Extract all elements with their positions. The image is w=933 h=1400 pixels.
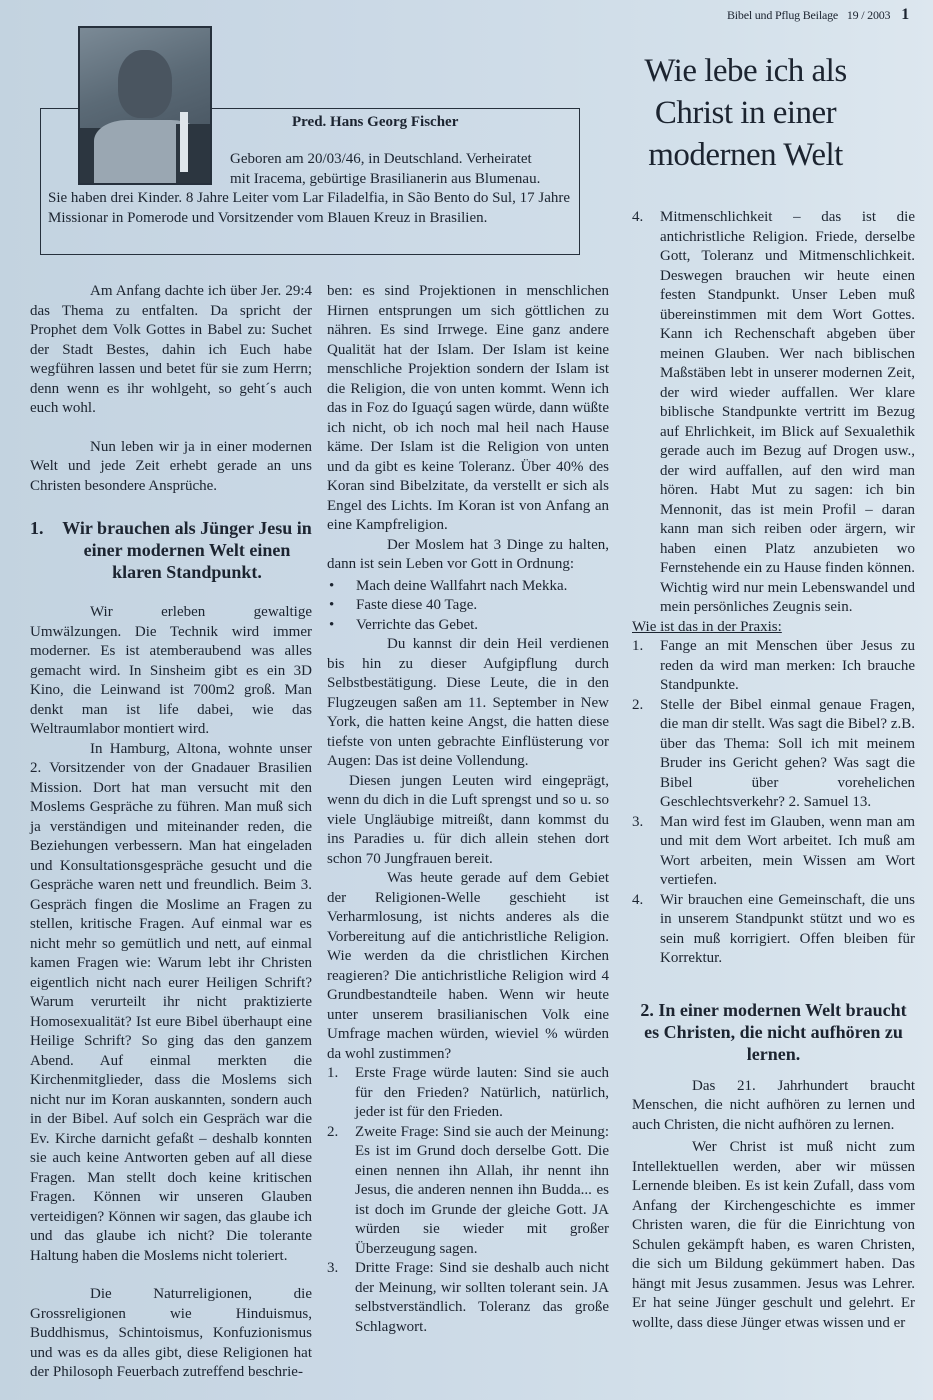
title-line: Christ in einer [655,95,836,131]
item-number: 1. [327,1064,338,1084]
bullet-item: Mach deine Wallfahrt nach Mekka. [327,577,609,597]
list-item: 2.Stelle der Bibel einmal genaue Fragen,… [632,696,915,813]
item-text: Stelle der Bibel einmal genaue Fragen, d… [660,697,915,811]
column-1: Am Anfang dachte ich über Jer. 29:4 das … [30,282,312,1383]
publication-name: Bibel und Pflug Beilage [727,8,838,22]
subheading-practice: Wie ist das in der Praxis: [632,618,915,638]
item-number: 3. [327,1259,338,1279]
column-2: ben: es sind Projektionen in menschliche… [327,282,609,1337]
bullet-item: Faste diese 40 Tage. [327,596,609,616]
bullet-list: Mach deine Wallfahrt nach Mekka. Faste d… [327,577,609,636]
section-heading-2: 2. In einer modernen Welt braucht es Chr… [632,999,915,1065]
bio-line: Sie haben drei Kinder. 8 Jahre Leiter vo… [48,190,570,226]
paragraph: Was heute gerade auf dem Gebiet der Reli… [327,869,609,1064]
question-list: 1.Erste Frage würde lauten: Sind sie auc… [327,1064,609,1337]
paragraph: Wir erleben gewaltige Umwälzungen. Die T… [30,603,312,740]
paragraph: Am Anfang dachte ich über Jer. 29:4 das … [30,282,312,419]
title-line: Wie lebe ich als [644,53,846,89]
paragraph: Das 21. Jahrhundert braucht Menschen, di… [632,1077,915,1136]
section-heading-1: 1. Wir brauchen als Jünger Jesu in einer… [30,517,312,583]
title-line: modernen Welt [648,137,843,173]
paragraph: Nun leben wir ja in einer modernen Welt … [30,438,312,497]
item-number: 2. [327,1123,338,1143]
author-name: Pred. Hans Georg Fischer [292,114,458,131]
page-number: 1 [901,6,909,23]
paragraph: Du kannst dir dein Heil verdienen bis hi… [327,635,609,772]
item-text: Fange an mit Menschen über Jesus zu rede… [660,638,915,693]
paragraph: ben: es sind Projektionen in menschliche… [327,282,609,536]
list-item: 4.Wir brauchen eine Gemeinschaft, die un… [632,891,915,969]
list-item: 1.Fange an mit Menschen über Jesus zu re… [632,637,915,696]
item-number: 1. [632,637,643,657]
issue-number: 19 / 2003 [847,8,891,22]
list-item: 4.Mitmenschlichkeit – das ist die antich… [632,208,915,618]
paragraph: In Hamburg, Altona, wohnte unser 2. Vors… [30,740,312,1267]
item-text: Erste Frage würde lauten: Sind sie auch … [355,1065,609,1120]
list-item: 2.Zweite Frage: Sind sie auch der Meinun… [327,1123,609,1260]
page-header: Bibel und Pflug Beilage 19 / 2003 1 [727,6,909,24]
item-number: 2. [632,696,643,716]
item-text: Mitmenschlichkeit – das ist die antichri… [660,209,915,615]
item-number: 3. [632,813,643,833]
item-text: Zweite Frage: Sind sie auch der Meinung:… [355,1124,609,1257]
bullet-item: Verrichte das Gebet. [327,616,609,636]
paragraph: Diesen jungen Leuten wird eingeprägt, we… [327,772,609,870]
practice-list: 1.Fange an mit Menschen über Jesus zu re… [632,637,915,969]
section-number: 1. [30,517,62,583]
item-number: 4. [632,891,643,911]
portrait-photo-icon [78,26,212,185]
paragraph: Wer Christ ist muß nicht zum Intellektue… [632,1138,915,1333]
item-text: Dritte Frage: Sind sie deshalb auch nich… [355,1260,609,1335]
paragraph: Der Moslem hat 3 Dinge zu halten, dann i… [327,536,609,575]
item-text: Man wird fest im Glauben, wenn man am un… [660,814,915,889]
question-list-continued: 4.Mitmenschlichkeit – das ist die antich… [632,208,915,618]
article-title: Wie lebe ich als Christ in einer moderne… [628,50,863,176]
column-3: 4.Mitmenschlichkeit – das ist die antich… [632,208,915,1333]
list-item: 1.Erste Frage würde lauten: Sind sie auc… [327,1064,609,1123]
list-item: 3.Dritte Frage: Sind sie deshalb auch ni… [327,1259,609,1337]
item-number: 4. [632,208,643,228]
item-text: Wir brauchen eine Gemeinschaft, die uns … [660,892,915,967]
paragraph: Die Naturreligionen, die Grossreligionen… [30,1285,312,1383]
section-title: Wir brauchen als Jünger Jesu in einer mo… [62,517,312,583]
list-item: 3.Man wird fest im Glauben, wenn man am … [632,813,915,891]
